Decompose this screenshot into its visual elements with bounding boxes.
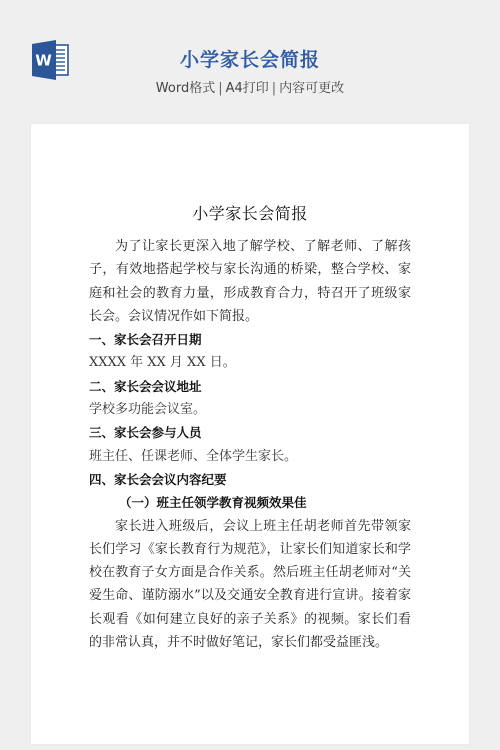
section-content-date: XXXX 年 XX 月 XX 日。 [89,351,411,374]
document-body: 为了让家长更深入地了解学校、了解老师、了解孩子，有效地搭起学校与家长沟通的桥梁，… [89,235,411,654]
section-heading-location: 二、家长会会议地址 [89,375,411,398]
document-page: 小学家长会简报 为了让家长更深入地了解学校、了解老师、了解孩子，有效地搭起学校与… [31,124,469,744]
print-label: A4打印 [226,81,269,96]
editable-label: 内容可更改 [279,81,344,96]
section-heading-summary: 四、家长会会议内容纪要 [89,468,411,491]
separator: | [218,81,222,96]
section-content-location: 学校多功能会议室。 [89,398,411,421]
intro-paragraph: 为了让家长更深入地了解学校、了解老师、了解孩子，有效地搭起学校与家长沟通的桥梁，… [89,235,411,328]
section-heading-date: 一、家长会召开日期 [89,328,411,351]
section-content-attendees: 班主任、任课老师、全体学生家长。 [89,445,411,468]
section-heading-attendees: 三、家长会参与人员 [89,421,411,444]
format-label: Word格式 [156,81,215,96]
header: W 小学家长会简报 Word格式|A4打印|内容可更改 [0,0,500,124]
header-title: 小学家长会简报 [0,45,500,72]
subsection-heading: （一）班主任领学教育视频效果佳 [89,491,411,514]
separator: | [272,81,276,96]
header-subtitle: Word格式|A4打印|内容可更改 [0,77,500,96]
subsection-paragraph: 家长进入班级后，会议上班主任胡老师首先带领家长们学习《家长教育行为规范》，让家长… [89,515,411,655]
document-title: 小学家长会简报 [89,202,411,225]
